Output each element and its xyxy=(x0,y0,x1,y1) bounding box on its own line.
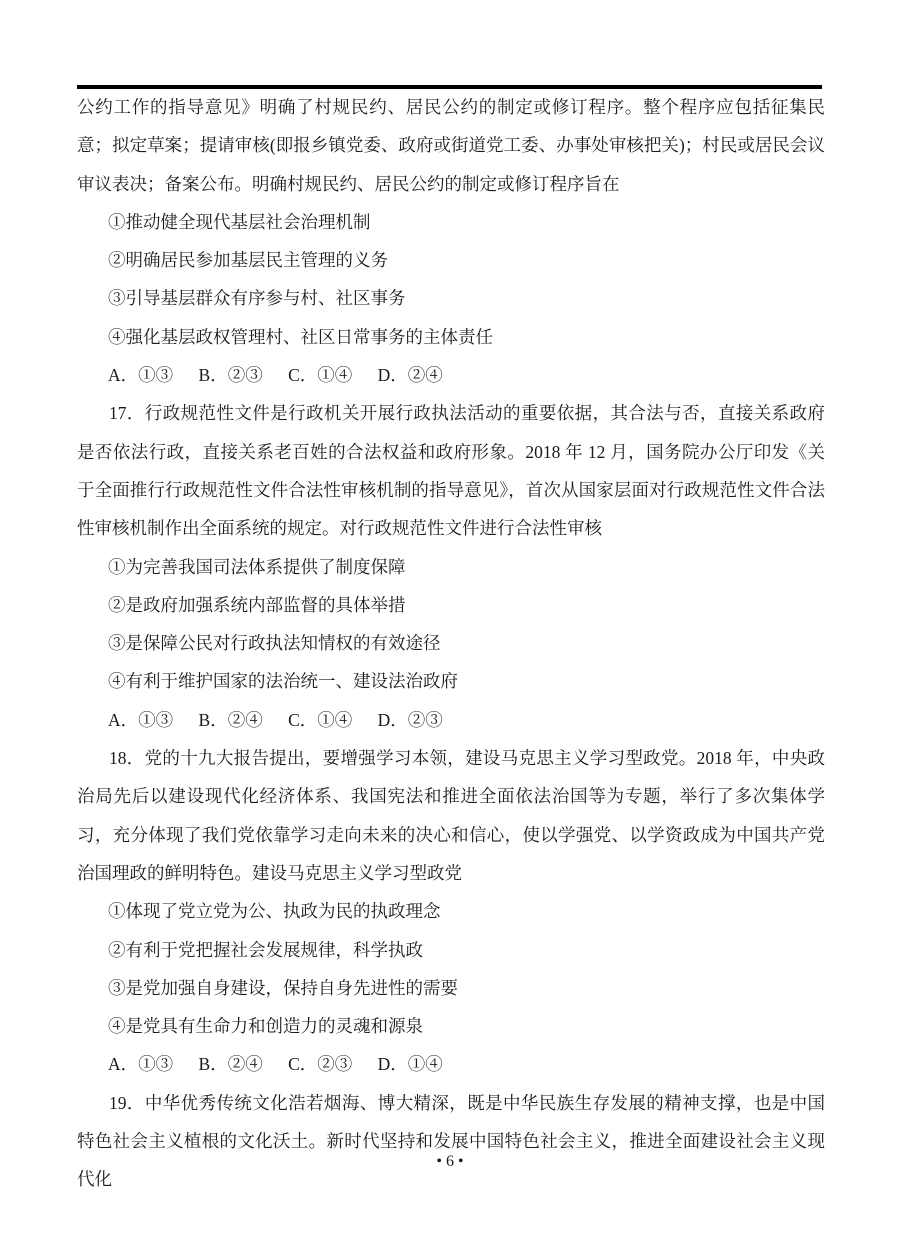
page-content: 公约工作的指导意见》明确了村规民约、居民公约的制定或修订程序。整个程序应包括征集… xyxy=(77,88,825,1199)
q18-choice-a: A．①③ xyxy=(108,1054,173,1074)
q16-option-3: ③引导基层群众有序参与村、社区事务 xyxy=(77,279,825,317)
q18-choice-b: B．②④ xyxy=(199,1054,263,1074)
question-16-stem-continuation: 公约工作的指导意见》明确了村规民约、居民公约的制定或修订程序。整个程序应包括征集… xyxy=(77,88,825,203)
q18-choice-c: C．②③ xyxy=(288,1054,352,1074)
q18-option-3: ③是党加强自身建设，保持自身先进性的需要 xyxy=(77,969,825,1007)
q16-choice-d: D．②④ xyxy=(378,365,443,385)
q17-option-1: ①为完善我国司法体系提供了制度保障 xyxy=(77,548,825,586)
q17-choice-c: C．①④ xyxy=(288,710,352,730)
q17-option-4: ④有利于维护国家的法治统一、建设法治政府 xyxy=(77,662,825,700)
q16-choice-c: C．①④ xyxy=(288,365,352,385)
question-18-stem: 18．党的十九大报告提出，要增强学习本领，建设马克思主义学习型政党。2018 年… xyxy=(77,739,825,892)
q16-choice-b: B．②③ xyxy=(199,365,263,385)
q16-choices: A．①③B．②③C．①④D．②④ xyxy=(77,356,825,394)
page-number: • 6 • xyxy=(0,1150,900,1174)
q18-choice-d: D．①④ xyxy=(378,1054,443,1074)
q18-option-2: ②有利于党把握社会发展规律，科学执政 xyxy=(77,931,825,969)
q17-option-3: ③是保障公民对行政执法知情权的有效途径 xyxy=(77,624,825,662)
q16-option-4: ④强化基层政权管理村、社区日常事务的主体责任 xyxy=(77,318,825,356)
q17-choices: A．①③B．②④C．①④D．②③ xyxy=(77,701,825,739)
question-19-stem: 19．中华优秀传统文化浩若烟海、博大精深，既是中华民族生存发展的精神支撑，也是中… xyxy=(77,1084,825,1199)
q16-choice-a: A．①③ xyxy=(108,365,173,385)
q16-option-1: ①推动健全现代基层社会治理机制 xyxy=(77,203,825,241)
q16-option-2: ②明确居民参加基层民主管理的义务 xyxy=(77,241,825,279)
q17-choice-a: A．①③ xyxy=(108,710,173,730)
q18-option-4: ④是党具有生命力和创造力的灵魂和源泉 xyxy=(77,1007,825,1045)
exam-page: 公约工作的指导意见》明确了村规民约、居民公约的制定或修订程序。整个程序应包括征集… xyxy=(0,0,900,1246)
q17-choice-b: B．②④ xyxy=(199,710,263,730)
q18-option-1: ①体现了党立党为公、执政为民的执政理念 xyxy=(77,892,825,930)
q17-option-2: ②是政府加强系统内部监督的具体举措 xyxy=(77,586,825,624)
q18-choices: A．①③B．②④C．②③D．①④ xyxy=(77,1045,825,1083)
q17-choice-d: D．②③ xyxy=(378,710,443,730)
question-17-stem: 17．行政规范性文件是行政机关开展行政执法活动的重要依据，其合法与否，直接关系政… xyxy=(77,394,825,547)
